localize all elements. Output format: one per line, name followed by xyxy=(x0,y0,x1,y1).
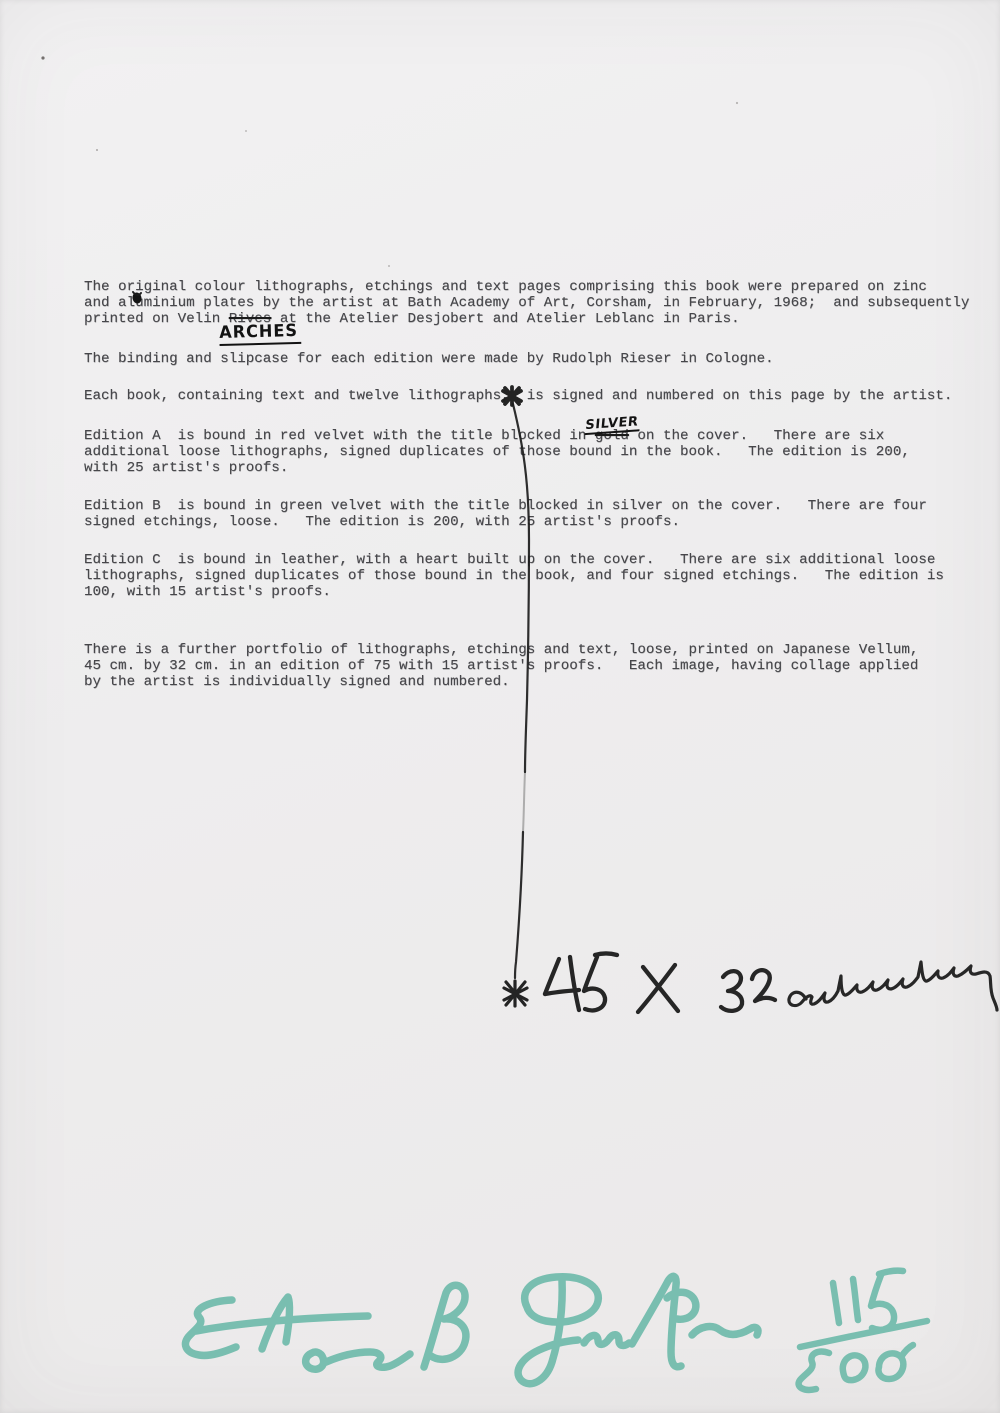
asterisk-connector-line xyxy=(513,404,529,978)
typed-paragraph-4: Edition A is bound in red velvet with th… xyxy=(84,428,910,476)
typed-text-segment: and aluminium plates by the artist at Ba… xyxy=(84,295,969,311)
typed-text-segment: signed etchings, loose. The edition is 2… xyxy=(84,514,680,530)
typed-paragraph-7: There is a further portfolio of lithogra… xyxy=(84,642,918,690)
typed-line: with 25 artist's proofs. xyxy=(84,460,910,476)
typed-line: printed on Velin Rives at the Atelier De… xyxy=(84,311,969,327)
handwritten-dimensions xyxy=(545,954,775,1013)
typed-line: 100, with 15 artist's proofs. xyxy=(84,584,944,600)
typed-text-segment: at the Atelier Desjobert and Atelier Leb… xyxy=(271,311,739,327)
typed-line: lithographs, signed duplicates of those … xyxy=(84,568,944,584)
ink-annotation-layer xyxy=(0,0,1000,1413)
typed-text-segment: There is a further portfolio of lithogra… xyxy=(84,642,918,658)
marker-inscription-layer xyxy=(0,0,1000,1413)
typed-text-segment: Each book, containing text and twelve li… xyxy=(84,388,952,404)
typed-text-segment: 100, with 15 artist's proofs. xyxy=(84,584,331,600)
typed-line: Edition C is bound in leather, with a he… xyxy=(84,552,944,568)
typed-line: and aluminium plates by the artist at Ba… xyxy=(84,295,969,311)
typed-text-segment: with 25 artist's proofs. xyxy=(84,460,288,476)
colophon-page: The original colour lithographs, etching… xyxy=(0,0,1000,1413)
typed-line: Edition B is bound in green velvet with … xyxy=(84,498,927,514)
typed-line: 45 cm. by 32 cm. in an edition of 75 wit… xyxy=(84,658,918,674)
artist-signature xyxy=(185,1276,758,1383)
typed-line: by the artist is individually signed and… xyxy=(84,674,918,690)
typed-text-segment: by the artist is individually signed and… xyxy=(84,674,510,690)
typed-text-segment: Edition B is bound in green velvet with … xyxy=(84,498,927,514)
typed-text-segment: on the cover. There are six xyxy=(629,428,884,444)
typed-paragraph-5: Edition B is bound in green velvet with … xyxy=(84,498,927,530)
typed-line: additional loose lithographs, signed dup… xyxy=(84,444,910,460)
typed-text-segment: The binding and slipcase for each editio… xyxy=(84,351,774,367)
handwritten-arches-annotation: ARCHES xyxy=(219,321,301,346)
typed-text-segment: printed on Velin xyxy=(84,311,229,327)
typed-text-segment: Edition A is bound in red velvet with th… xyxy=(84,428,595,444)
typed-line: signed etchings, loose. The edition is 2… xyxy=(84,514,927,530)
typed-line: There is a further portfolio of lithogra… xyxy=(84,642,918,658)
typed-text-segment: lithographs, signed duplicates of those … xyxy=(84,568,944,584)
typed-text-segment: 45 cm. by 32 cm. in an edition of 75 wit… xyxy=(84,658,918,674)
typed-text-segment: additional loose lithographs, signed dup… xyxy=(84,444,910,460)
typed-paragraph-6: Edition C is bound in leather, with a he… xyxy=(84,552,944,600)
typed-line: Edition A is bound in red velvet with th… xyxy=(84,428,910,444)
typed-paragraph-1: The original colour lithographs, etching… xyxy=(84,279,969,327)
typed-line: Each book, containing text and twelve li… xyxy=(84,388,952,404)
typed-text-segment: The original colour lithographs, etching… xyxy=(84,279,927,295)
edition-number-fraction xyxy=(799,1271,927,1390)
typed-line: The original colour lithographs, etching… xyxy=(84,279,969,295)
handwritten-centimeters-word xyxy=(789,962,997,1010)
typed-paragraph-2: The binding and slipcase for each editio… xyxy=(84,351,774,367)
typed-text-segment: Edition C is bound in leather, with a he… xyxy=(84,552,935,568)
typed-paragraph-3: Each book, containing text and twelve li… xyxy=(84,388,952,404)
paper-specks xyxy=(41,56,738,267)
hand-asterisk-footnote xyxy=(504,981,527,1006)
typed-line: The binding and slipcase for each editio… xyxy=(84,351,774,367)
